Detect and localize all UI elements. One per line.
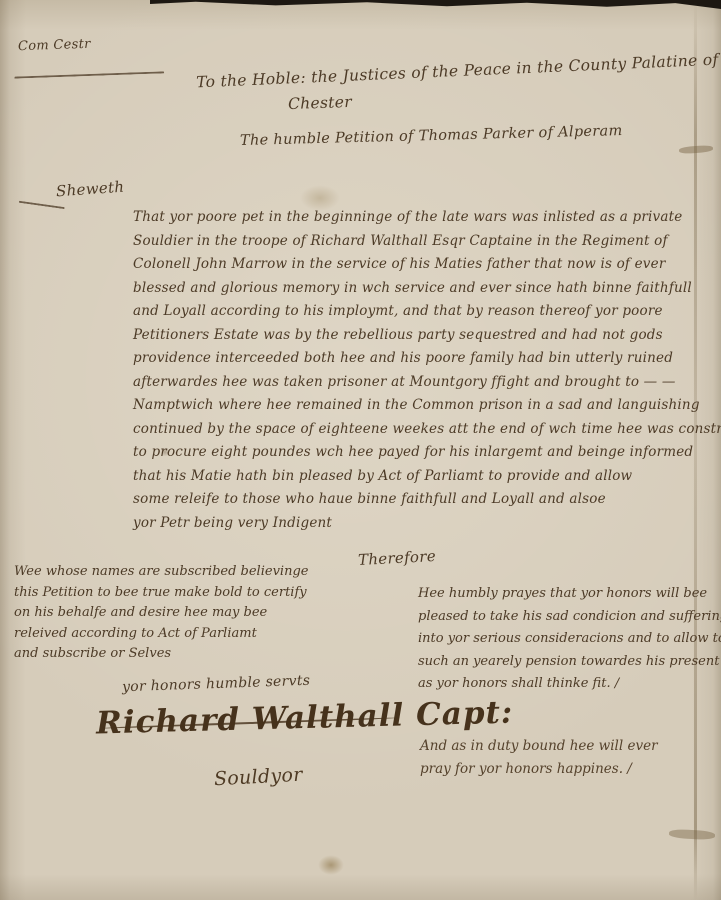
manuscript-page: Com Cestr To the Hoble: the Justices of … [0, 0, 721, 900]
body-line: and Loyall according to his imploymt, an… [133, 300, 708, 324]
paper-crease-mark [669, 829, 715, 840]
prayer-line: such an yearely pension towardes his pre… [418, 651, 713, 674]
certification-line: and subscribe or Selves [14, 644, 344, 665]
valediction-line: And as in duty bound hee will ever [420, 735, 658, 758]
body-line: Colonell John Marrow in the service of h… [133, 253, 708, 277]
prayer-line: into yor serious consideracions and to a… [418, 628, 713, 651]
body-line: that his Matie hath bin pleased by Act o… [133, 465, 708, 489]
certification-line: Wee whose names are subscribed believing… [14, 562, 344, 583]
prayer-line: Hee humbly prayes that yor honors will b… [418, 583, 713, 606]
body-line: blessed and glorious memory in wch servi… [133, 277, 708, 301]
therefore-label: Therefore [358, 547, 437, 569]
body-line: Namptwich where hee remained in the Comm… [133, 394, 708, 418]
body-line: some releife to those who haue binne fai… [133, 488, 708, 512]
docket-note: Com Cestr [18, 37, 91, 55]
sheweth-label: Sheweth [55, 178, 124, 201]
body-line: That yor poore pet in the beginninge of … [133, 206, 708, 230]
valediction-block: And as in duty bound hee will ever pray … [420, 735, 658, 781]
prayer-line: as yor honors shall thinke fit. / [418, 673, 713, 696]
body-line: Souldier in the troope of Richard Waltha… [133, 230, 708, 254]
certification-line: releived according to Act of Parliamt [14, 624, 344, 645]
body-line: afterwardes hee was taken prisoner at Mo… [133, 371, 708, 395]
petition-address-line2: Chester [288, 93, 352, 113]
body-line: providence interceeded both hee and his … [133, 347, 708, 371]
certification-line: on his behalfe and desire hee may bee [14, 603, 344, 624]
petition-body: That yor poore pet in the beginninge of … [133, 206, 708, 535]
docket-flourish [14, 57, 164, 78]
valediction-line: pray for yor honors happines. / [420, 758, 658, 781]
certification-block: Wee whose names are subscribed believing… [14, 562, 344, 665]
prayer-line: pleased to take his sad condicion and su… [418, 606, 713, 629]
signature-secondary: Souldyor [213, 764, 303, 791]
certification-line: this Petition to bee true make bold to c… [14, 583, 344, 604]
torn-top-edge [150, 0, 721, 9]
body-line: Petitioners Estate was by the rebellious… [133, 324, 708, 348]
body-line: yor Petr being very Indigent [133, 512, 708, 536]
prayer-block: Hee humbly prayes that yor honors will b… [418, 583, 713, 696]
petition-title: The humble Petition of Thomas Parker of … [240, 123, 623, 149]
body-line: continued by the space of eighteene week… [133, 418, 708, 442]
closing-servants-line: yor honors humble servts [122, 673, 311, 696]
paper-stain [318, 855, 344, 875]
body-line: to procure eight poundes wch hee payed f… [133, 441, 708, 465]
petition-address-line1: To the Hoble: the Justices of the Peace … [196, 51, 719, 92]
paper-crease-mark [679, 145, 713, 154]
